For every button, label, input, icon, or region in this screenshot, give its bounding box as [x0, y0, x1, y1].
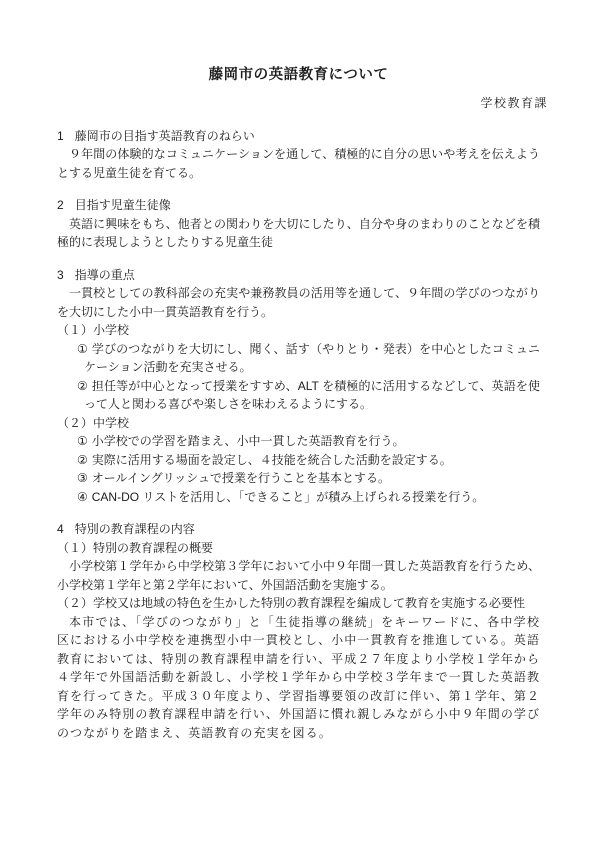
- section-number: 2: [57, 196, 64, 215]
- paragraph: 一貫校としての教科部会の充実や兼務教員の活用等を通して、９年間の学びのつながりを…: [57, 284, 540, 321]
- section-1-aims: 1藤岡市の目指す英語教育のねらい ９年間の体験的なコミュニケーションを通して、積…: [57, 127, 540, 183]
- subsection-title: 特別の教育課程の概要: [93, 541, 213, 555]
- item-marker: ②: [77, 453, 88, 467]
- section-number: 1: [57, 127, 64, 146]
- list-item: ①小学校での学習を踏まえ、小中一貫した英語教育を行う。: [57, 432, 540, 451]
- list-item: ②実際に活用する場面を設定し、４技能を統合した活動を設定する。: [57, 451, 540, 470]
- section-3-priorities: 3指導の重点 一貫校としての教科部会の充実や兼務教員の活用等を通して、９年間の学…: [57, 266, 540, 507]
- list-item: ②担任等が中心となって授業をすすめ、ALT を積極的に活用するなどして、英語を使…: [57, 377, 540, 414]
- item-marker: ①: [77, 434, 88, 448]
- subsection-necessity: （２）学校又は地域の特色を生かした特別の教育課程を編成して教育を実施する必要性 …: [57, 594, 540, 742]
- subsection-heading: （２）学校又は地域の特色を生かした特別の教育課程を編成して教育を実施する必要性: [57, 594, 540, 613]
- section-heading: 1藤岡市の目指す英語教育のねらい: [57, 127, 540, 146]
- subsection-heading: （１）特別の教育課程の概要: [57, 539, 540, 558]
- item-text: 小学校での学習を踏まえ、小中一貫した英語教育を行う。: [92, 434, 405, 448]
- document-page: 藤岡市の英語教育について 学校教育課 1藤岡市の目指す英語教育のねらい ９年間の…: [0, 0, 596, 842]
- subsection-label: （１）: [57, 323, 93, 337]
- section-heading: 4特別の教育課程の内容: [57, 520, 540, 539]
- subsection-heading: （２）中学校: [57, 414, 540, 433]
- item-text: 担任等が中心となって授業をすすめ、ALT を積極的に活用するなどして、英語を使っ…: [84, 379, 540, 412]
- section-title: 特別の教育課程の内容: [75, 522, 195, 536]
- subsection-title: 小学校: [93, 323, 129, 337]
- section-2-target-image: 2目指す児童生徒像 英語に興味をもち、他者との関わりを大切にしたり、自分や身のま…: [57, 196, 540, 252]
- subsection-label: （２）: [57, 596, 93, 610]
- section-title: 目指す児童生徒像: [75, 198, 171, 212]
- item-marker: ②: [77, 379, 88, 393]
- subsection-overview: （１）特別の教育課程の概要 小学校第１学年から中学校第３学年において小中９年間一…: [57, 539, 540, 595]
- list-item: ④CAN-DO リストを活用し、「できること」が積み上げられる授業を行う。: [57, 488, 540, 507]
- subsection-heading: （１）小学校: [57, 321, 540, 340]
- list-item: ①学びのつながりを大切にし、聞く、話す（やりとり・発表）を中心としたコミュニケー…: [57, 340, 540, 377]
- subsection-junior-high: （２）中学校 ①小学校での学習を踏まえ、小中一貫した英語教育を行う。 ②実際に活…: [57, 414, 540, 507]
- section-title: 藤岡市の目指す英語教育のねらい: [75, 129, 255, 143]
- section-4-special-curriculum: 4特別の教育課程の内容 （１）特別の教育課程の概要 小学校第１学年から中学校第３…: [57, 520, 540, 742]
- item-marker: ③: [77, 471, 88, 485]
- paragraph: 本市では、「学びのつながり」と「生徒指導の継続」をキーワードに、各中学校区におけ…: [57, 613, 540, 743]
- subsection-label: （２）: [57, 416, 93, 430]
- section-heading: 2目指す児童生徒像: [57, 196, 540, 215]
- section-number: 3: [57, 266, 64, 285]
- page-title: 藤岡市の英語教育について: [57, 64, 540, 86]
- paragraph: 英語に興味をもち、他者との関わりを大切にしたり、自分や身のまわりのことなどを積極…: [57, 215, 540, 252]
- section-title: 指導の重点: [75, 268, 135, 282]
- subsection-label: （１）: [57, 541, 93, 555]
- section-heading: 3指導の重点: [57, 266, 540, 285]
- item-text: 実際に活用する場面を設定し、４技能を統合した活動を設定する。: [92, 453, 452, 467]
- subsection-title: 中学校: [93, 416, 129, 430]
- list-item: ③オールイングリッシュで授業を行うことを基本とする。: [57, 469, 540, 488]
- item-marker: ①: [77, 342, 88, 356]
- paragraph: 小学校第１学年から中学校第３学年において小中９年間一貫した英語教育を行うため、小…: [57, 557, 540, 594]
- section-number: 4: [57, 520, 64, 539]
- item-text: 学びのつながりを大切にし、聞く、話す（やりとり・発表）を中心としたコミュニケーシ…: [84, 342, 540, 375]
- subsection-elementary: （１）小学校 ①学びのつながりを大切にし、聞く、話す（やりとり・発表）を中心とし…: [57, 321, 540, 414]
- subsection-title: 学校又は地域の特色を生かした特別の教育課程を編成して教育を実施する必要性: [93, 596, 525, 610]
- item-marker: ④: [77, 490, 88, 504]
- item-text: オールイングリッシュで授業を行うことを基本とする。: [92, 471, 390, 485]
- paragraph: ９年間の体験的なコミュニケーションを通して、積極的に自分の思いや考えを伝えようと…: [57, 145, 540, 182]
- byline: 学校教育課: [57, 94, 548, 113]
- item-text: CAN-DO リストを活用し、「できること」が積み上げられる授業を行う。: [92, 490, 484, 504]
